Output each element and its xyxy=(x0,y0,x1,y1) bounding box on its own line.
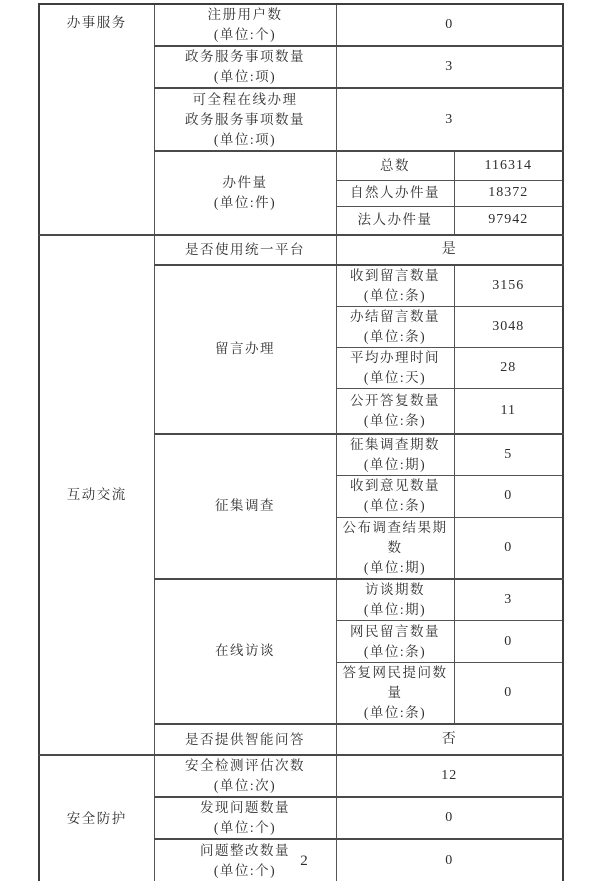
sub-label-cell: 网民留言数量 (单位:条) xyxy=(336,621,454,663)
group-cell-liuyanbanli: 留言办理 xyxy=(154,265,336,434)
unit-text: (单位:条) xyxy=(339,411,452,431)
value-cell: 97942 xyxy=(454,206,563,235)
sub-label-cell: 法人办件量 xyxy=(336,206,454,235)
unit-text: (单位:期) xyxy=(339,600,452,620)
label-text: 平均办理时间 xyxy=(339,348,452,368)
table-row: 办事服务 注册用户数 (单位:个) 0 xyxy=(39,4,563,46)
sub-label-cell: 办结留言数量 (单位:条) xyxy=(336,307,454,348)
value-cell: 0 xyxy=(454,475,563,517)
table-row: 安全防护 安全检测评估次数 (单位:次) 12 xyxy=(39,755,563,797)
label-cell: 是否使用统一平台 xyxy=(154,235,336,265)
label-cell: 是否提供智能问答 xyxy=(154,724,336,755)
value-cell: 5 xyxy=(454,434,563,476)
label-text: 访谈期数 xyxy=(339,580,452,600)
label-text: 是否使用统一平台 xyxy=(157,240,334,260)
label-text: 注册用户数 xyxy=(157,5,334,25)
group-label: 在线访谈 xyxy=(157,641,334,661)
unit-text: (单位:次) xyxy=(157,776,334,796)
value-cell: 28 xyxy=(454,348,563,389)
sub-label-cell: 平均办理时间 (单位:天) xyxy=(336,348,454,389)
sub-label-cell: 答复网民提问数量 (单位:条) xyxy=(336,663,454,725)
unit-text: (单位:项) xyxy=(157,67,334,87)
sub-label-cell: 公开答复数量 (单位:条) xyxy=(336,389,454,434)
value-cell: 否 xyxy=(336,724,563,755)
table-row: 互动交流 是否使用统一平台 是 xyxy=(39,235,563,265)
value-cell: 0 xyxy=(454,517,563,579)
sub-label-cell: 访谈期数 (单位:期) xyxy=(336,579,454,621)
unit-text: (单位:期) xyxy=(339,455,452,475)
group-label: 办件量 xyxy=(157,173,334,193)
label-text: 答复网民提问数量 xyxy=(339,663,452,703)
value-cell: 是 xyxy=(336,235,563,265)
value-cell: 3 xyxy=(336,46,563,88)
group-cell-banjianliang: 办件量 (单位:件) xyxy=(154,151,336,235)
unit-text: (单位:条) xyxy=(339,496,452,516)
label-text: 是否提供智能问答 xyxy=(157,730,334,750)
label-text: 公布调查结果期数 xyxy=(339,518,452,558)
value-cell: 3 xyxy=(454,579,563,621)
value-cell: 0 xyxy=(336,4,563,46)
label-text: 政务服务事项数量 xyxy=(157,47,334,67)
label-text: 收到留言数量 xyxy=(339,266,452,286)
label-text: 网民留言数量 xyxy=(339,622,452,642)
group-label: 留言办理 xyxy=(157,339,334,359)
label-text: 可全程在线办理 xyxy=(157,90,334,110)
category-cell-banshifuwu: 办事服务 xyxy=(39,4,154,235)
unit-text: (单位:条) xyxy=(339,703,452,723)
sub-label-cell: 总数 xyxy=(336,151,454,180)
label-cell: 发现问题数量 (单位:个) xyxy=(154,797,336,839)
label-cell: 注册用户数 (单位:个) xyxy=(154,4,336,46)
page-number: 2 xyxy=(0,853,608,870)
label-text: 收到意见数量 xyxy=(339,476,452,496)
sub-label-cell: 收到留言数量 (单位:条) xyxy=(336,265,454,307)
label-cell: 政务服务事项数量 (单位:项) xyxy=(154,46,336,88)
unit-text: (单位:项) xyxy=(157,130,334,150)
unit-text: (单位:条) xyxy=(339,642,452,662)
report-table: 办事服务 注册用户数 (单位:个) 0 政务服务事项数量 (单位:项) 3 可全… xyxy=(38,3,564,881)
value-cell: 12 xyxy=(336,755,563,797)
unit-text: (单位:天) xyxy=(339,368,452,388)
sub-label-cell: 自然人办件量 xyxy=(336,180,454,206)
value-cell: 0 xyxy=(454,663,563,725)
value-cell: 3 xyxy=(336,88,563,151)
label-text: 公开答复数量 xyxy=(339,391,452,411)
group-label: 征集调查 xyxy=(157,496,334,516)
unit-text: (单位:个) xyxy=(157,818,334,838)
sub-label-cell: 征集调查期数 (单位:期) xyxy=(336,434,454,476)
value-cell: 0 xyxy=(454,621,563,663)
value-cell: 18372 xyxy=(454,180,563,206)
label-text: 安全检测评估次数 xyxy=(157,756,334,776)
group-cell-zhengjidiaocha: 征集调查 xyxy=(154,434,336,579)
unit-text: (单位:个) xyxy=(157,25,334,45)
sub-label-cell: 收到意见数量 (单位:条) xyxy=(336,475,454,517)
unit-text: (单位:条) xyxy=(339,286,452,306)
label-text: 政务服务事项数量 xyxy=(157,110,334,130)
label-cell: 可全程在线办理 政务服务事项数量 (单位:项) xyxy=(154,88,336,151)
label-text: 征集调查期数 xyxy=(339,435,452,455)
value-cell: 11 xyxy=(454,389,563,434)
report-page: 办事服务 注册用户数 (单位:个) 0 政务服务事项数量 (单位:项) 3 可全… xyxy=(0,0,608,881)
group-cell-zaixianfangtan: 在线访谈 xyxy=(154,579,336,725)
value-cell: 116314 xyxy=(454,151,563,180)
sub-label-cell: 公布调查结果期数 (单位:期) xyxy=(336,517,454,579)
label-cell: 安全检测评估次数 (单位:次) xyxy=(154,755,336,797)
unit-text: (单位:条) xyxy=(339,327,452,347)
unit-text: (单位:期) xyxy=(339,558,452,578)
category-cell-hudongjiaoliu: 互动交流 xyxy=(39,235,154,755)
value-cell: 3048 xyxy=(454,307,563,348)
value-cell: 0 xyxy=(336,797,563,839)
group-unit: (单位:件) xyxy=(157,193,334,213)
label-text: 办结留言数量 xyxy=(339,307,452,327)
label-text: 发现问题数量 xyxy=(157,798,334,818)
value-cell: 3156 xyxy=(454,265,563,307)
